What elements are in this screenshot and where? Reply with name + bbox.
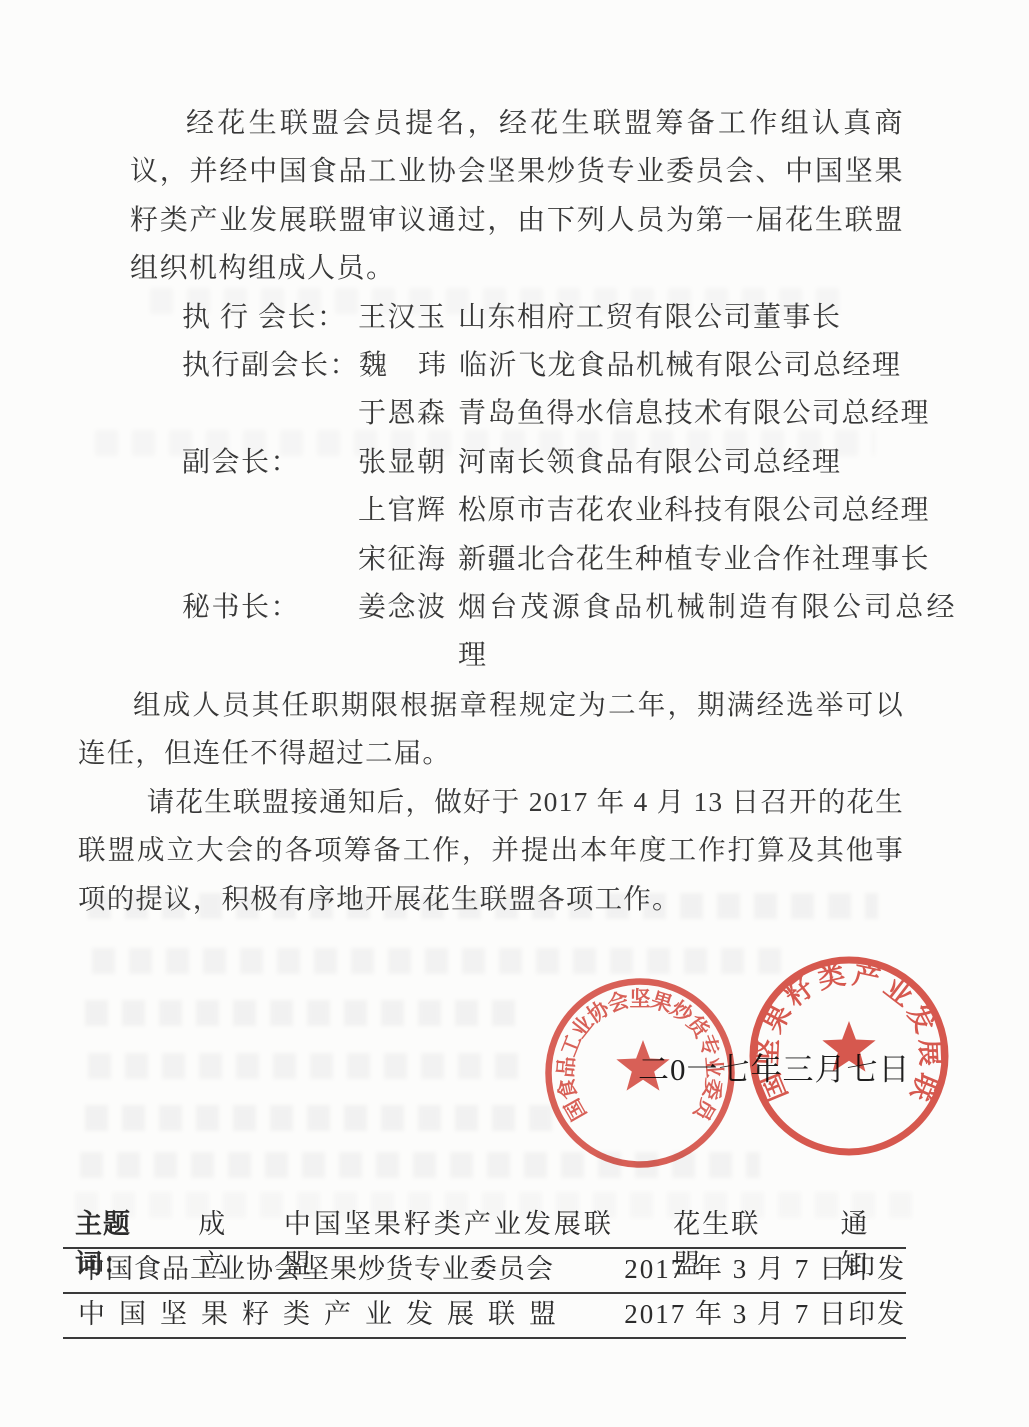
issuer-row: 中国食品工业协会坚果炒货专业委员会 2017 年 3 月 7 日印发 xyxy=(63,1249,906,1294)
roster-name: 于恩森 xyxy=(358,390,458,438)
notice-body: 经花生联盟会员提名，经花生联盟筹备工作组认真商议，并经中国食品工业协会坚果炒货专… xyxy=(78,100,904,923)
paragraph-appointment-intro: 经花生联盟会员提名，经花生联盟筹备工作组认真商议，并经中国食品工业协会坚果炒货专… xyxy=(130,100,904,294)
roster-row-executive-vice-president: 执行副会长：魏 玮临沂飞龙食品机械有限公司总经理 xyxy=(182,342,956,390)
issuer-date: 2017 年 3 月 7 日印发 xyxy=(624,1249,906,1290)
roster-role: 执行副会长： xyxy=(182,342,359,390)
roster-affiliation: 山东相府工贸有限公司董事长 xyxy=(458,294,956,342)
roster-name: 张显朝 xyxy=(358,439,458,487)
keywords-row: 主题词： 成立 中国坚果籽类产业发展联盟 花生联盟 通知 xyxy=(63,1204,906,1249)
roster-role xyxy=(182,487,358,535)
bleedthrough-artifact xyxy=(85,1105,565,1131)
roster-affiliation: 青岛鱼得水信息技术有限公司总经理 xyxy=(458,390,956,438)
roster-affiliation: 烟台茂源食品机械制造有限公司总经理 xyxy=(458,584,956,681)
roster-role: 秘书长： xyxy=(182,584,358,681)
issuer-org: 中国食品工业协会坚果炒货专业委员会 xyxy=(78,1249,554,1290)
roster-affiliation: 松原市吉花农业科技有限公司总经理 xyxy=(458,487,956,535)
roster-name: 宋征海 xyxy=(358,536,458,584)
document-footer: 主题词： 成立 中国坚果籽类产业发展联盟 花生联盟 通知 中国食品工业协会坚果炒… xyxy=(63,1204,906,1339)
paragraph-preparation-request: 请花生联盟接通知后，做好于 2017 年 4 月 13 日召开的花生联盟成立大会… xyxy=(78,778,904,923)
roster-row-vice-president-2: 上官辉松原市吉花农业科技有限公司总经理 xyxy=(182,487,956,535)
bleedthrough-artifact xyxy=(85,1000,525,1026)
roster-role xyxy=(182,390,358,438)
paragraph-term-limits: 组成人员其任职期限根据章程规定为二年，期满经选举可以连任，但连任不得超过二届。 xyxy=(78,681,904,778)
issuer-date: 2017 年 3 月 7 日印发 xyxy=(624,1294,906,1335)
roster-name: 王汉玉 xyxy=(358,294,458,342)
roster-role: 副会长： xyxy=(182,439,358,487)
roster-row-secretary-general: 秘书长：姜念波烟台茂源食品机械制造有限公司总经理 xyxy=(182,584,956,681)
roster-name: 魏 玮 xyxy=(359,342,459,390)
roster-name: 姜念波 xyxy=(358,584,458,681)
roster-affiliation: 新疆北合花生种植专业合作社理事长 xyxy=(458,536,956,584)
official-seal-nut-roasting-committee: 中国食品工业协会坚果炒货专业委员会 xyxy=(544,977,736,1169)
roster-name: 上官辉 xyxy=(358,487,458,535)
bleedthrough-artifact xyxy=(88,1053,518,1079)
document-page: 经花生联盟会员提名，经花生联盟筹备工作组认真商议，并经中国食品工业协会坚果炒货专… xyxy=(0,0,1029,1427)
bleedthrough-artifact xyxy=(92,948,782,974)
roster-row-vice-president: 副会长：张显朝河南长领食品有限公司总经理 xyxy=(182,439,956,487)
issuer-org: 中国坚果籽类产业发展联盟 xyxy=(78,1294,570,1335)
officer-roster: 执 行 会长：王汉玉山东相府工贸有限公司董事长 执行副会长：魏 玮临沂飞龙食品机… xyxy=(182,294,956,681)
issuer-row: 中国坚果籽类产业发展联盟 2017 年 3 月 7 日印发 xyxy=(63,1294,906,1339)
roster-role xyxy=(182,536,358,584)
official-seal-nut-seed-alliance: 中国坚果籽类产业发展联盟 xyxy=(747,954,951,1158)
roster-row-vice-president-3: 宋征海新疆北合花生种植专业合作社理事长 xyxy=(182,536,956,584)
roster-affiliation: 河南长领食品有限公司总经理 xyxy=(458,439,956,487)
roster-affiliation: 临沂飞龙食品机械有限公司总经理 xyxy=(459,342,956,390)
star-icon xyxy=(616,1040,669,1091)
roster-row-executive-president: 执 行 会长：王汉玉山东相府工贸有限公司董事长 xyxy=(182,294,956,342)
roster-role: 执 行 会长： xyxy=(182,294,358,342)
star-icon xyxy=(822,1021,875,1072)
roster-row-executive-vice-president-2: 于恩森青岛鱼得水信息技术有限公司总经理 xyxy=(182,390,956,438)
